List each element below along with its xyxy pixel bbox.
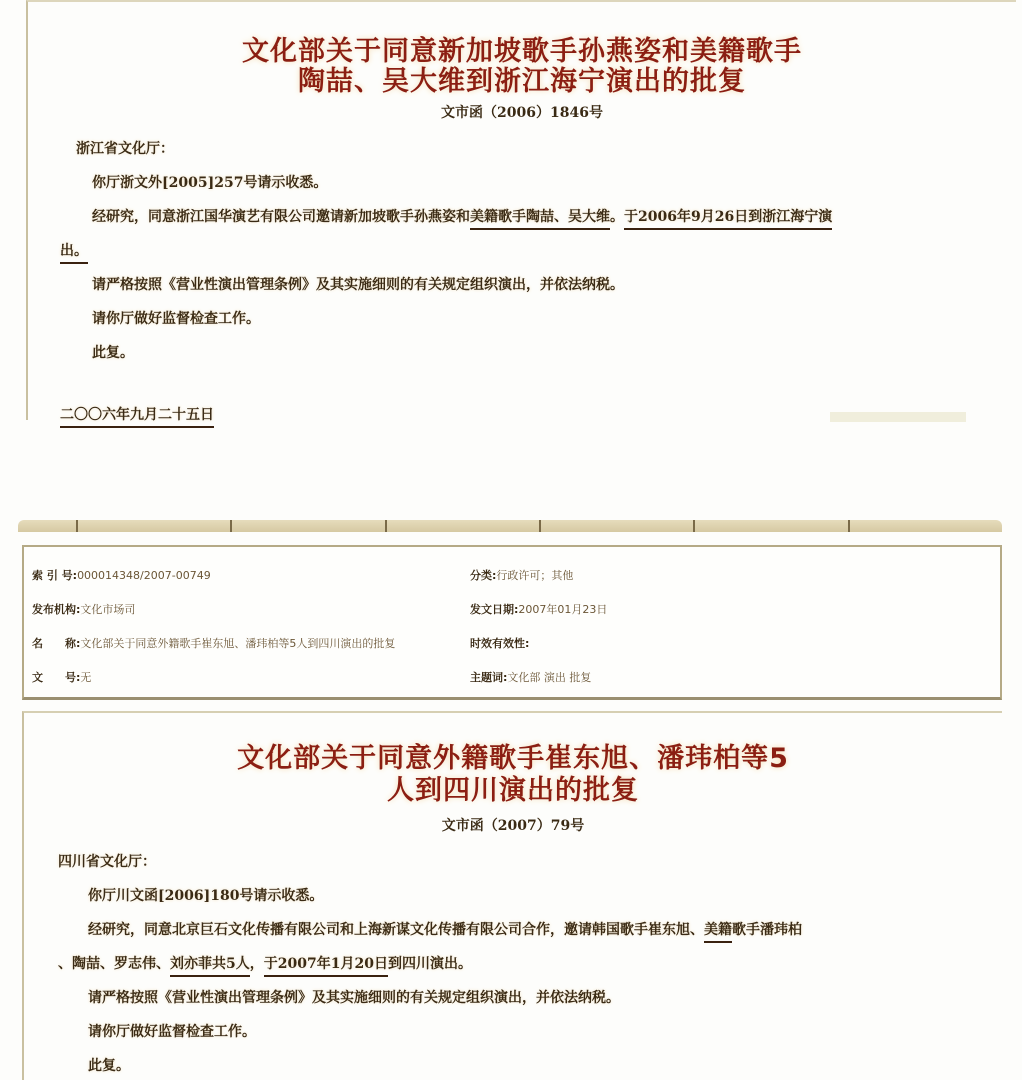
doc1-document-number: 文市函（2006）1846号 [28, 102, 1016, 122]
meta-effective: 时效有效性: [470, 635, 529, 651]
doc2-addressee: 四川省文化厅： [58, 851, 156, 871]
meta-name: 名 称:文化部关于同意外籍歌手崔东旭、潘玮柏等5人到四川演出的批复 [32, 635, 395, 651]
meta-keywords: 主题词:文化部 演出 批复 [470, 669, 591, 685]
doc2-para5: 此复。 [88, 1055, 130, 1075]
tab-6[interactable] [695, 520, 849, 532]
doc1-underline-singers: 美籍歌手陶喆、吴大维 [470, 209, 610, 230]
doc1-date-text: 二〇〇六年九月二十五日 [60, 407, 214, 428]
meta-category: 分类:行政许可；其他 [470, 567, 573, 583]
meta-index-label: 索 引 号: [32, 569, 77, 582]
doc2-underline-date: 于2007年1月20日 [264, 956, 388, 977]
tab-2[interactable] [78, 520, 232, 532]
meta-docno: 文 号:无 [32, 669, 91, 685]
doc2-para2-mid: 歌手潘玮柏 [732, 922, 802, 938]
document-metadata-panel: 索 引 号:000014348/2007-00749 分类:行政许可；其他 发布… [22, 545, 1002, 700]
doc1-para4: 请你厅做好监督检查工作。 [92, 308, 260, 328]
doc2-title-line1: 文化部关于同意外籍歌手崔东旭、潘玮柏等5 [24, 741, 1002, 776]
doc2-para2-start: 经研究，同意北京巨石文化传播有限公司和上海新谋文化传播有限公司合作，邀请韩国歌手… [88, 922, 704, 938]
doc1-underline-date: 于2006年9月26日到浙江海宁演 [624, 209, 832, 230]
doc2-para4: 请你厅做好监督检查工作。 [88, 1021, 256, 1041]
doc1-date: 二〇〇六年九月二十五日 [60, 404, 214, 424]
doc1-underline-end: 出。 [60, 243, 88, 264]
doc2-para1: 你厅川文函[2006]180号请示收悉。 [88, 885, 323, 905]
meta-category-label: 分类: [470, 569, 496, 582]
meta-index-value: 000014348/2007-00749 [77, 569, 211, 582]
doc1-para2-end: 出。 [60, 240, 88, 260]
meta-keywords-label: 主题词: [470, 671, 507, 684]
meta-keywords-value: 文化部 演出 批复 [507, 671, 591, 684]
tab-1[interactable] [18, 520, 78, 532]
tab-3[interactable] [232, 520, 386, 532]
meta-date-value: 2007年01月23日 [518, 603, 607, 616]
document-approval-2006: 文化部关于同意新加坡歌手孙燕姿和美籍歌手 陶喆、吴大维到浙江海宁演出的批复 文市… [26, 0, 1016, 420]
tab-5[interactable] [541, 520, 695, 532]
meta-issuer-label: 发布机构: [32, 603, 80, 616]
doc2-title-line2: 人到四川演出的批复 [24, 773, 1002, 808]
doc2-para3: 请严格按照《营业性演出管理条例》及其实施细则的有关规定组织演出，并依法纳税。 [88, 987, 620, 1007]
doc1-para3: 请严格按照《营业性演出管理条例》及其实施细则的有关规定组织演出，并依法纳税。 [92, 274, 624, 294]
faint-bar [830, 412, 966, 422]
meta-name-value: 文化部关于同意外籍歌手崔东旭、潘玮柏等5人到四川演出的批复 [80, 637, 395, 650]
doc1-para2-start: 经研究，同意浙江国华演艺有限公司邀请新加坡歌手孙燕姿和 [92, 209, 470, 225]
meta-date-label: 发文日期: [470, 603, 518, 616]
doc1-addressee: 浙江省文化厅： [76, 138, 174, 158]
meta-category-value: 行政许可；其他 [496, 569, 573, 582]
meta-date: 发文日期:2007年01月23日 [470, 601, 607, 617]
tab-7[interactable] [850, 520, 1002, 532]
meta-index: 索 引 号:000014348/2007-00749 [32, 567, 211, 583]
doc2-document-number: 文市函（2007）79号 [24, 815, 1002, 835]
doc1-para5: 此复。 [92, 342, 134, 362]
meta-issuer-value: 文化市场司 [80, 603, 135, 616]
doc1-para2-mid: 。 [610, 209, 624, 225]
doc1-title-line2: 陶喆、吴大维到浙江海宁演出的批复 [28, 64, 1016, 99]
doc1-para2: 经研究，同意浙江国华演艺有限公司邀请新加坡歌手孙燕姿和美籍歌手陶喆、吴大维。于2… [92, 206, 832, 226]
meta-docno-value: 无 [80, 671, 91, 684]
meta-issuer: 发布机构:文化市场司 [32, 601, 135, 617]
document-approval-2007: 文化部关于同意外籍歌手崔东旭、潘玮柏等5 人到四川演出的批复 文市函（2007）… [22, 711, 1002, 1080]
meta-effective-label: 时效有效性: [470, 637, 529, 650]
doc2-line2-mid: ， [250, 956, 264, 972]
doc2-line2-start: 、陶喆、罗志伟、 [58, 956, 170, 972]
doc1-para1: 你厅浙文外[2005]257号请示收悉。 [92, 172, 327, 192]
meta-docno-label: 文 号: [32, 671, 80, 684]
tab-strip [18, 520, 1002, 532]
doc2-para2-line2: 、陶喆、罗志伟、刘亦菲共5人，于2007年1月20日到四川演出。 [58, 953, 472, 973]
doc2-underline-count: 刘亦菲共5人 [170, 956, 250, 977]
doc2-underline-nationality: 美籍 [704, 922, 732, 943]
meta-name-label: 名 称: [32, 637, 80, 650]
doc2-para2: 经研究，同意北京巨石文化传播有限公司和上海新谋文化传播有限公司合作，邀请韩国歌手… [88, 919, 802, 939]
tab-4[interactable] [387, 520, 541, 532]
doc2-line2-end: 到四川演出。 [388, 956, 472, 972]
